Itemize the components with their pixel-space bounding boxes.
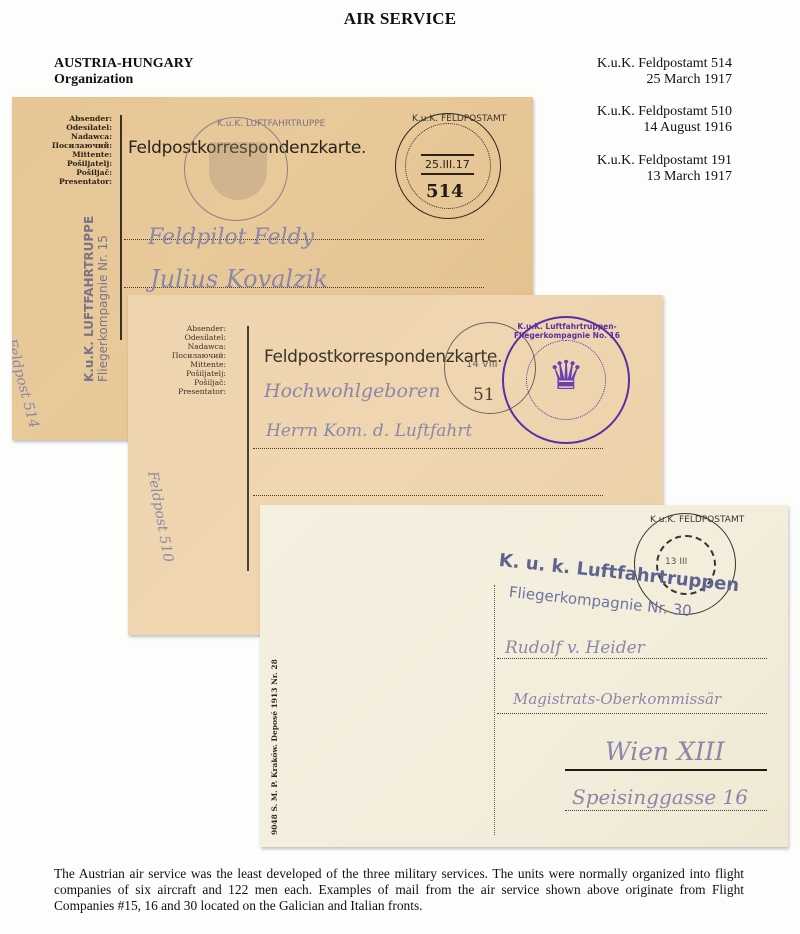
postmark-date: 13 March 1917	[597, 169, 732, 185]
section-subtitle: Organization	[54, 72, 194, 88]
header-left: AUSTRIA-HUNGARY Organization	[54, 56, 194, 88]
divider-line	[494, 585, 495, 835]
postmark-number: 514	[426, 181, 464, 202]
postmark-info-2: K.u.K. Feldpostamt 510 14 August 1916	[597, 104, 732, 136]
address-line	[253, 495, 603, 496]
address-line	[497, 658, 767, 659]
divider-line	[120, 115, 122, 340]
postmark-date: 25 March 1917	[597, 72, 732, 88]
postmark-info-3: K.u.K. Feldpostamt 191 13 March 1917	[597, 153, 732, 185]
address-line	[253, 448, 603, 449]
coat-of-arms-icon	[209, 142, 267, 200]
handwritten-address: Magistrats-Oberkommissär	[513, 690, 721, 708]
handwritten-address: Wien XIII	[605, 737, 725, 766]
handwritten-address: Speisinggasse 16	[572, 785, 748, 809]
postmark-office: K.u.K. Feldpostamt 510	[597, 104, 732, 120]
address-underline	[565, 769, 767, 771]
postmark-number: 51	[473, 385, 495, 405]
postmark-office: K.u.K. Feldpostamt 514	[597, 56, 732, 72]
handwritten-address: Feldpilot Feldy	[148, 225, 314, 250]
handwritten-address: Hochwohlgeboren	[264, 380, 440, 402]
divider-line	[247, 326, 249, 571]
page-title: AIR SERVICE	[0, 9, 800, 29]
postmark-ring-text: K.u.K. FELDPOSTAMT	[412, 114, 506, 124]
side-unit-stamp: K.u.K. LUFTFAHRTRUPPE Fliegerkompagnie N…	[82, 216, 110, 382]
postmark-info-1: K.u.K. Feldpostamt 514 25 March 1917	[597, 56, 732, 88]
handwritten-address: Julius Kovalzik	[150, 265, 328, 293]
address-line	[497, 713, 767, 714]
seal-text: K.u.K. Luftfahrtruppen-Fliegerkompagnie …	[512, 322, 622, 340]
printer-imprint: 9048 S. M. P. Kraków. Deposé 1913 Nr. 28	[270, 659, 279, 835]
postmark-date: 14 August 1916	[597, 120, 732, 136]
handwritten-sender: Feldpost 510	[144, 470, 176, 563]
postmark-date: 25.III.17	[421, 154, 474, 175]
fliegerkompagnie-16-seal: ♛ K.u.K. Luftfahrtruppen-Fliegerkompagni…	[502, 316, 630, 444]
postmark-ring-text: K.u.K. FELDPOSTAMT	[650, 515, 744, 525]
postmark-office: K.u.K. Feldpostamt 191	[597, 153, 732, 169]
handwritten-address: Herrn Kom. d. Luftfahrt	[266, 421, 472, 441]
postcard-flight-company-30: 9048 S. M. P. Kraków. Deposé 1913 Nr. 28…	[260, 505, 788, 847]
address-line	[565, 810, 767, 811]
sender-labels: Absender: Odesílatel: Nadawca: Посилаючи…	[148, 324, 226, 396]
handwritten-address: Rudolf v. Heider	[505, 638, 645, 658]
postmark-date: 14 VIII	[466, 359, 498, 370]
country-heading: AUSTRIA-HUNGARY	[54, 56, 194, 72]
sender-labels: Absender: Odesílatel: Nadawca: Посилаючи…	[32, 114, 112, 186]
handwritten-sender: Feldpost 514	[12, 337, 42, 430]
unit-seal-text: K.u.K. LUFTFAHRTRUPPE	[217, 119, 325, 129]
caption-text: The Austrian air service was the least d…	[54, 866, 744, 914]
postmark-date: 13 III	[665, 557, 687, 567]
double-headed-eagle-icon: ♛	[526, 356, 606, 396]
